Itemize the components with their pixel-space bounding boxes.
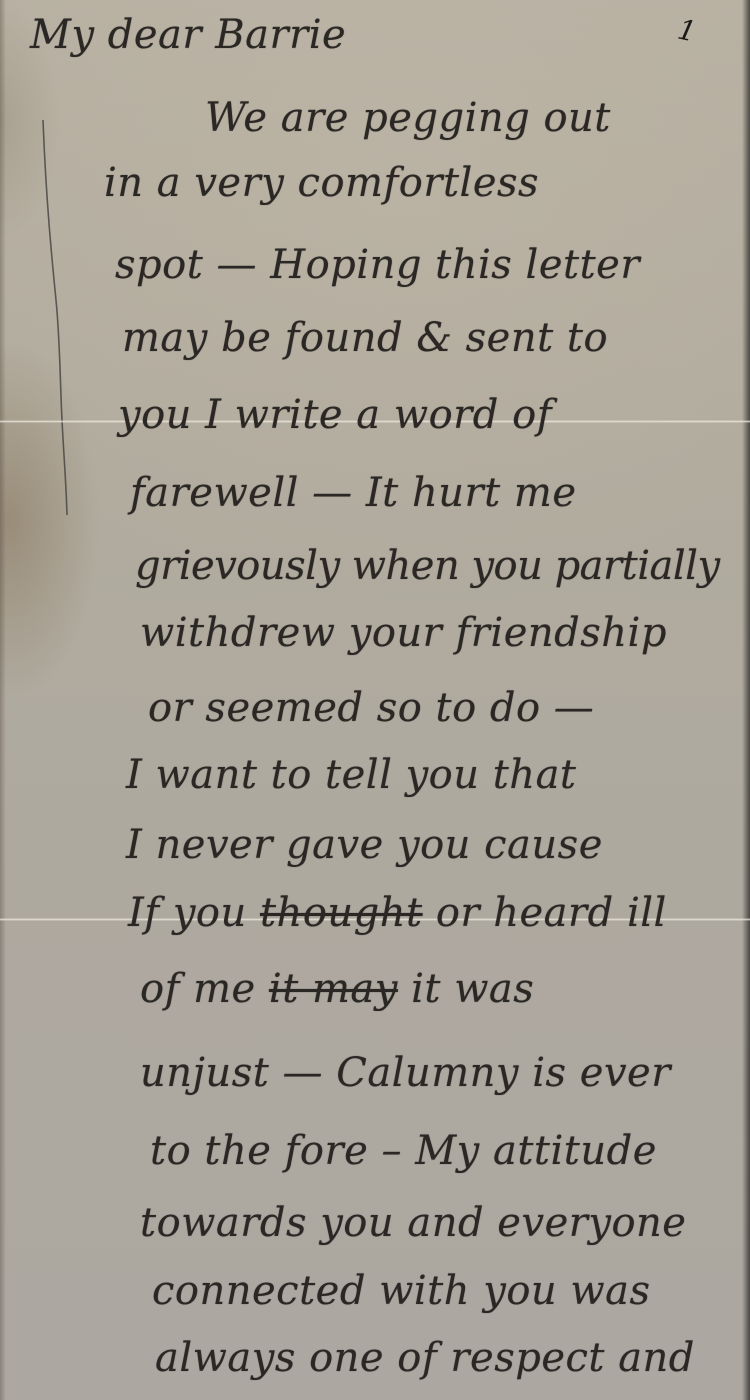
letter-line: withdrew your friendship <box>140 610 667 656</box>
letter-line: or seemed so to do — <box>148 685 594 731</box>
letter-line: may be found & sent to <box>122 315 608 361</box>
letter-line: I want to tell you that <box>126 752 576 798</box>
page-number: 1 <box>675 13 699 49</box>
text-segment: of me <box>140 966 269 1012</box>
text-segment: it was <box>398 966 534 1012</box>
letter-line: in a very comfortless <box>104 160 539 206</box>
letter-line: always one of respect and <box>155 1335 695 1381</box>
letter-line: you I write a word of <box>118 392 552 438</box>
letter-line-with-strikethrough: If you thought or heard ill <box>128 890 667 936</box>
letter-line: to the fore – My attitude <box>150 1128 657 1174</box>
margin-pencil-line <box>0 0 120 560</box>
text-segment: If you <box>128 890 260 936</box>
letter-line: connected with you was <box>152 1268 651 1314</box>
letter-line: spot — Hoping this letter <box>115 242 640 288</box>
struck-out-word: it may <box>269 966 398 1012</box>
letter-line-with-strikethrough: of me it may it was <box>140 966 534 1012</box>
letter-line: towards you and everyone <box>140 1200 686 1246</box>
letter-line: We are pegging out <box>205 95 611 141</box>
struck-out-word: thought <box>260 890 423 936</box>
text-segment: or heard ill <box>423 890 667 936</box>
salutation: My dear Barrie <box>30 12 346 58</box>
letter-line: unjust — Calumny is ever <box>140 1050 671 1096</box>
letter-line: I never gave you cause <box>126 822 603 868</box>
letter-line: farewell — It hurt me <box>130 470 577 516</box>
paper-right-edge-shadow <box>742 0 750 1400</box>
letter-line: grievously when you partially <box>135 543 720 589</box>
letter-page: 1 My dear Barrie We are pegging out in a… <box>0 0 750 1400</box>
